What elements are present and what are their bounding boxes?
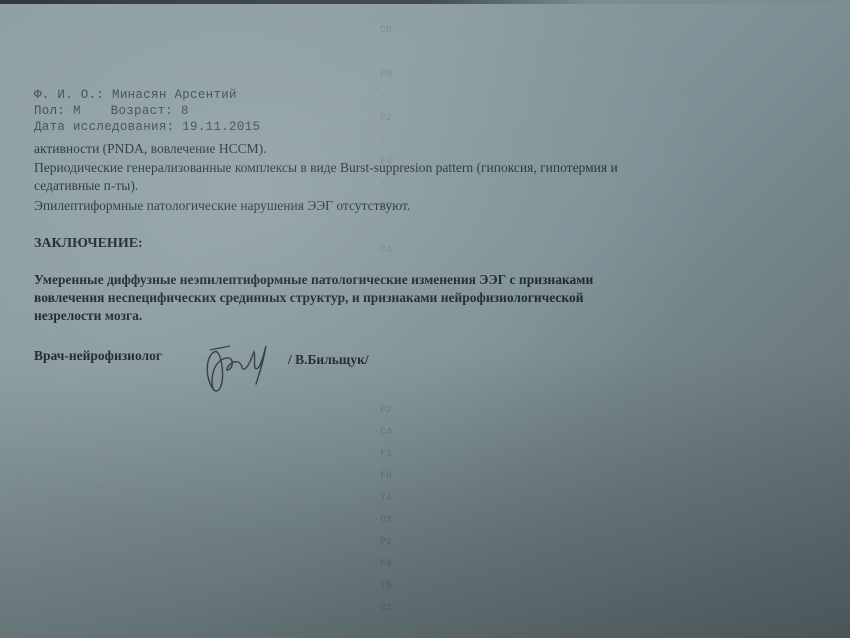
conclusion-line-2: вовлечения неспецифических срединных стр… bbox=[34, 290, 584, 306]
sex-label: Пол: bbox=[34, 104, 65, 118]
show-through-text-lower: FzC4F3F8T4O2PzF4T5Cz bbox=[380, 400, 420, 620]
show-through-text: CR·EN·Pz·F4·T3·C4 bbox=[380, 20, 420, 262]
age-label: Возраст: bbox=[111, 104, 173, 118]
fio-value: Минасян Арсентий bbox=[112, 88, 237, 102]
findings-line-1: активности (PNDA, вовлечение НССМ). bbox=[34, 141, 267, 157]
sex-value: М bbox=[73, 104, 81, 118]
study-date-line: Дата исследования: 19.11.2015 bbox=[34, 120, 260, 135]
fio-label: Ф. И. О.: bbox=[34, 88, 104, 102]
findings-line-2: Периодические генерализованные комплексы… bbox=[34, 160, 618, 176]
handwritten-signature bbox=[200, 338, 280, 398]
date-label: Дата исследования: bbox=[34, 120, 174, 134]
findings-line-3: седативные п-ты). bbox=[34, 178, 138, 194]
date-value: 19.11.2015 bbox=[182, 120, 260, 134]
patient-sex-age-line: Пол: М Возраст: 8 bbox=[34, 104, 189, 119]
conclusion-heading: ЗАКЛЮЧЕНИЕ: bbox=[34, 236, 143, 252]
conclusion-line-1: Умеренные диффузные неэпилептиформные па… bbox=[34, 272, 593, 288]
patient-name-line: Ф. И. О.: Минасян Арсентий bbox=[34, 88, 237, 103]
doctor-name: / В.Бильщук/ bbox=[288, 352, 369, 368]
findings-line-4: Эпилептиформные патологические нарушения… bbox=[34, 198, 410, 214]
age-value: 8 bbox=[181, 104, 189, 118]
doctor-role: Врач-нейрофизиолог bbox=[34, 348, 162, 364]
paper-top-edge bbox=[0, 0, 850, 4]
conclusion-line-3: незрелости мозга. bbox=[34, 308, 142, 324]
